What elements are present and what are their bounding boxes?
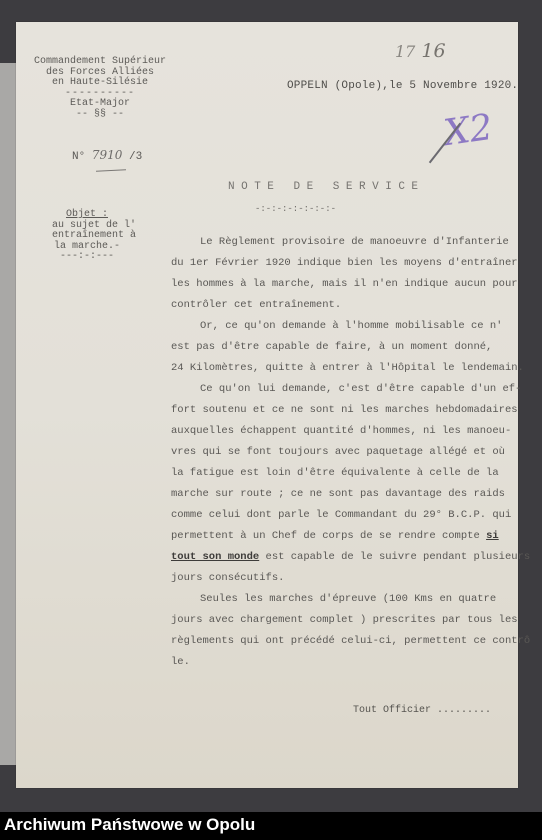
subject-line: entraînement à [52,231,122,242]
body-line: règlements qui ont précédé celui-ci, per… [171,635,530,647]
body-text: est capable de le suivre pendant plusieu… [259,551,530,563]
body-line: du 1er Février 1920 indique bien les moy… [171,257,518,269]
subject-label: Objet : [52,210,122,221]
title-rule: -:-:-:-:-:-:-:- [255,204,336,214]
letterhead-line: Commandement Supérieur [30,57,170,68]
underlined-text: si [486,530,499,542]
body-line: vres qui se font toujours avec paquetage… [171,446,505,458]
body-text: permettent à un Chef de corps de se rend… [171,530,480,542]
body-line: jours avec chargement complet ) prescrit… [171,614,518,626]
body-line: Ce qu'on lui demande, c'est d'être capab… [200,383,521,395]
letterhead-line: Etat-Major [30,99,170,110]
body-line: fort soutenu et ce ne sont ni les marche… [171,404,518,416]
closing-line: Tout Officier ......... [353,705,491,716]
ref-suffix: /3 [129,151,142,163]
letterhead-line: -- §§ -- [30,110,170,121]
folio-struck: 17 [395,42,415,61]
subject-line: ---:-:--- [52,252,122,263]
ref-handwritten: 7910 [92,148,123,162]
document-title: NOTE DE SERVICE [228,181,425,193]
letterhead: Commandement Supérieur des Forces Alliée… [30,57,170,120]
ref-prefix: N° [72,151,85,163]
body-line: tout son monde est capable de le suivre … [171,551,530,563]
archive-name: Archiwum Państwowe w Opolu [4,815,255,835]
body-line: Or, ce qu'on demande à l'homme mobilisab… [200,320,502,332]
underlined-text: tout son monde [171,551,259,563]
body-line: la fatigue est loin d'être équivalente à… [171,467,499,479]
letterhead-line: en Haute-Silésie [30,78,170,89]
body-line: 24 Kilomètres, quitte à entrer à l'Hôpit… [171,362,524,374]
body-line: auxquelles échappent quantité d'hommes, … [171,425,511,437]
scan-background-strip [0,63,17,765]
body-line: le. [171,656,190,668]
archive-footer: Archiwum Państwowe w Opolu [0,812,542,840]
body-line: permettent à un Chef de corps de se rend… [171,530,499,542]
body-line: comme celui dont parle le Commandant du … [171,509,511,521]
folio-number: 1716 [395,40,446,62]
folio-current: 16 [421,40,445,62]
handwritten-stamp: X2 [441,107,495,154]
body-line: les hommes à la marche, mais il n'en ind… [171,278,518,290]
body-line: est pas d'être capable de faire, à un mo… [171,341,492,353]
reference-number: N° 7910 /3 [72,148,142,163]
subject-block: Objet : au sujet de l' entraînement à la… [52,210,122,263]
body-line: Seules les marches d'épreuve (100 Kms en… [200,593,496,605]
body-line: contrôler cet entraînement. [171,299,341,311]
date-line: OPPELN (Opole),le 5 Novembre 1920. [287,80,518,92]
body-line: Le Règlement provisoire de manoeuvre d'I… [200,236,509,248]
body-line: jours consécutifs. [171,572,284,584]
body-line: marche sur route ; ce ne sont pas davant… [171,488,505,500]
